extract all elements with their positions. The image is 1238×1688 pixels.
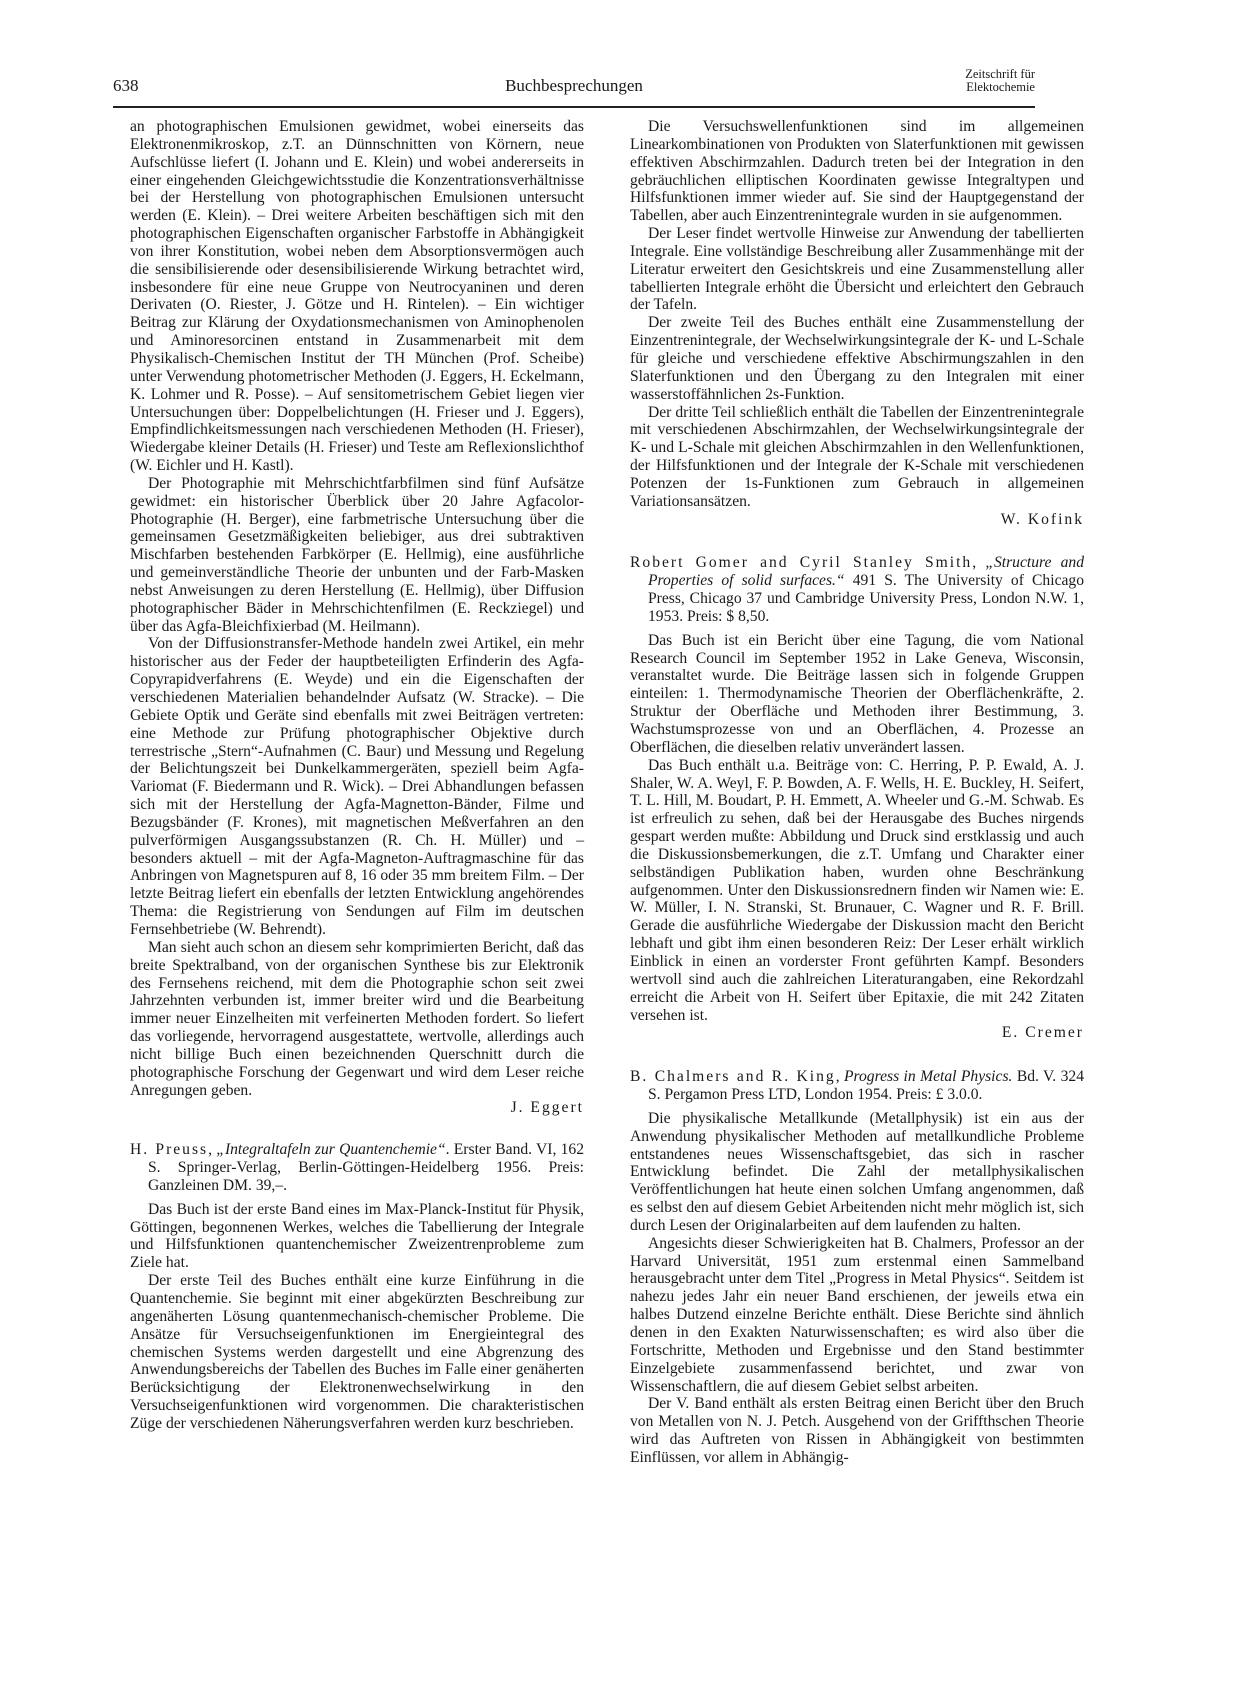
section-title: Buchbesprechungen: [113, 76, 1035, 96]
book-author: Robert Gomer and Cyril Stanley Smith: [630, 554, 972, 571]
journal-name: Zeitschrift für Elektochemie: [965, 68, 1035, 94]
paragraph: Das Buch ist ein Bericht über eine Tagun…: [630, 632, 1084, 757]
book-reference: Robert Gomer and Cyril Stanley Smith, „S…: [630, 554, 1084, 625]
reviewer-signature: W. Kofink: [630, 511, 1084, 529]
paragraph: Der dritte Teil schließlich enthält die …: [630, 404, 1084, 511]
journal-line-2: Elektochemie: [965, 81, 1035, 94]
paragraph: Der Photographie mit Mehrschichtfarbfilm…: [130, 475, 584, 636]
paragraph: Der Leser findet wertvolle Hinweise zur …: [630, 225, 1084, 314]
paragraph: Der V. Band enthält als ersten Beitrag e…: [630, 1395, 1084, 1466]
book-author: H. Preuss: [130, 1141, 208, 1158]
paragraph: Das Buch enthält u.a. Beiträge von: C. H…: [630, 757, 1084, 1025]
paragraph: Die physikalische Metallkunde (Metallphy…: [630, 1110, 1084, 1235]
book-author: B. Chalmers and R. King: [630, 1068, 836, 1085]
paragraph: Angesichts dieser Schwierigkeiten hat B.…: [630, 1235, 1084, 1396]
reviewer-signature: J. Eggert: [130, 1099, 584, 1117]
paragraph: Die Versuchswellenfunktionen sind im all…: [630, 118, 1084, 225]
left-column: an photographischen Emulsionen gewidmet,…: [130, 118, 584, 1433]
book-title: „Integraltafeln zur Quantenchemie“: [216, 1141, 445, 1158]
right-column: Die Versuchswellenfunktionen sind im all…: [630, 118, 1084, 1467]
header-rule: [113, 106, 1035, 108]
book-reference: H. Preuss, „Integraltafeln zur Quantench…: [130, 1141, 584, 1195]
page-header: 638 Buchbesprechungen Zeitschrift für El…: [113, 68, 1035, 102]
paragraph: Von der Diffusionstransfer-Methode hande…: [130, 635, 584, 938]
book-title: Progress in Metal Physics.: [844, 1068, 1012, 1085]
paragraph: an photographischen Emulsionen gewidmet,…: [130, 118, 584, 475]
paragraph: Man sieht auch schon an diesem sehr komp…: [130, 939, 584, 1100]
book-reference: B. Chalmers and R. King, Progress in Met…: [630, 1068, 1084, 1104]
paragraph: Der zweite Teil des Buches enthält eine …: [630, 314, 1084, 403]
paragraph: Das Buch ist der erste Band eines im Max…: [130, 1201, 584, 1272]
paragraph: Der erste Teil des Buches enthält eine k…: [130, 1272, 584, 1433]
reviewer-signature: E. Cremer: [630, 1024, 1084, 1042]
